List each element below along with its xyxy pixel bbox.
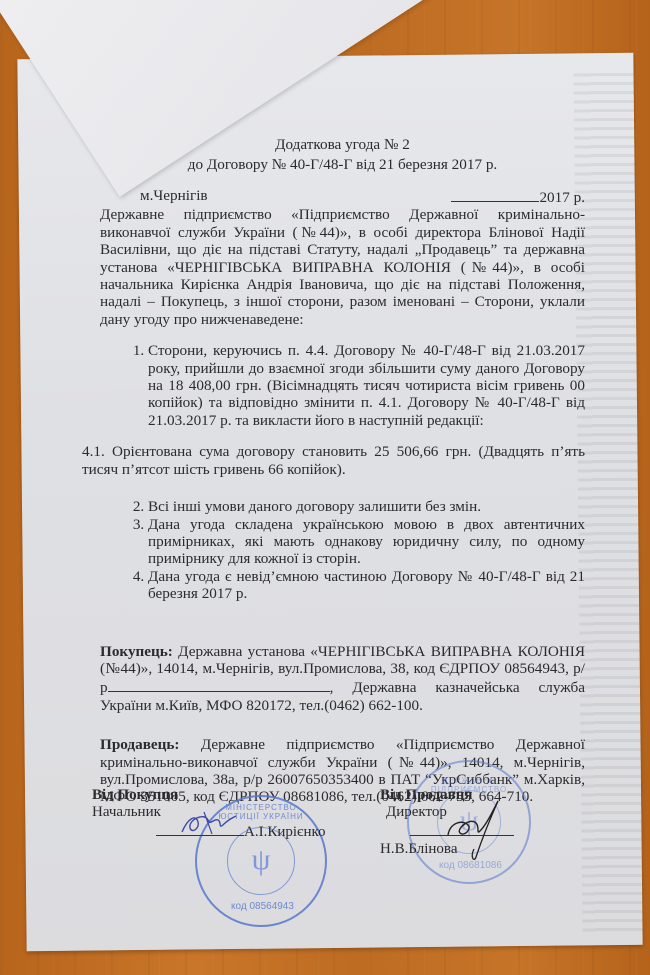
buyer-label: Покупець:: [100, 643, 173, 660]
buyer-stamp-code: код 08564943: [231, 901, 294, 912]
seller-label: Продавець:: [100, 736, 179, 753]
clause-3: Дана угода складена українською мовою в …: [148, 516, 585, 568]
place-date-row: м.Чернігів 2017 р.: [100, 187, 585, 206]
date-year: 2017 р.: [539, 189, 585, 206]
signature-block: Від Покупця Начальник А.І.Кирієнко Від П…: [100, 787, 590, 847]
buyer-details: Покупець: Державна установа «ЧЕРНІГІВСЬК…: [100, 643, 585, 715]
date-field: 2017 р.: [451, 187, 585, 206]
clause-4-1-amount: 4.1. Орієнтована сума договору становить…: [82, 443, 585, 478]
buyer-handwritten-signature: [178, 808, 238, 838]
clause-4: Дана угода є невід’ємною частиною Догово…: [148, 568, 585, 603]
document-title: Додаткова угода № 2: [100, 135, 585, 155]
buyer-sign-heading: Від Покупця: [92, 787, 326, 804]
place-city: м.Чернігів: [100, 187, 208, 206]
clause-list-main: Сторони, керуючись п. 4.4. Договору № 40…: [100, 342, 585, 429]
clause-1: Сторони, керуючись п. 4.4. Договору № 40…: [148, 342, 585, 429]
account-blank-line: [108, 677, 330, 692]
clause-list-rest: Всі інші умови даного договору залишити …: [100, 498, 585, 602]
preamble-paragraph: Державне підприємство «Підприємство Держ…: [100, 206, 585, 328]
document-subtitle: до Договору № 40-Г/48-Г від 21 березня 2…: [100, 155, 585, 175]
agreement-document: Додаткова угода № 2 до Договору № 40-Г/4…: [100, 135, 585, 821]
clause-2: Всі інші умови даного договору залишити …: [148, 498, 585, 515]
date-blank-line: [451, 187, 539, 202]
trident-emblem-icon: ψ: [245, 843, 277, 877]
seller-handwritten-signature: [440, 795, 510, 865]
buyer-sign-name: А.І.Кирієнко: [244, 824, 326, 840]
